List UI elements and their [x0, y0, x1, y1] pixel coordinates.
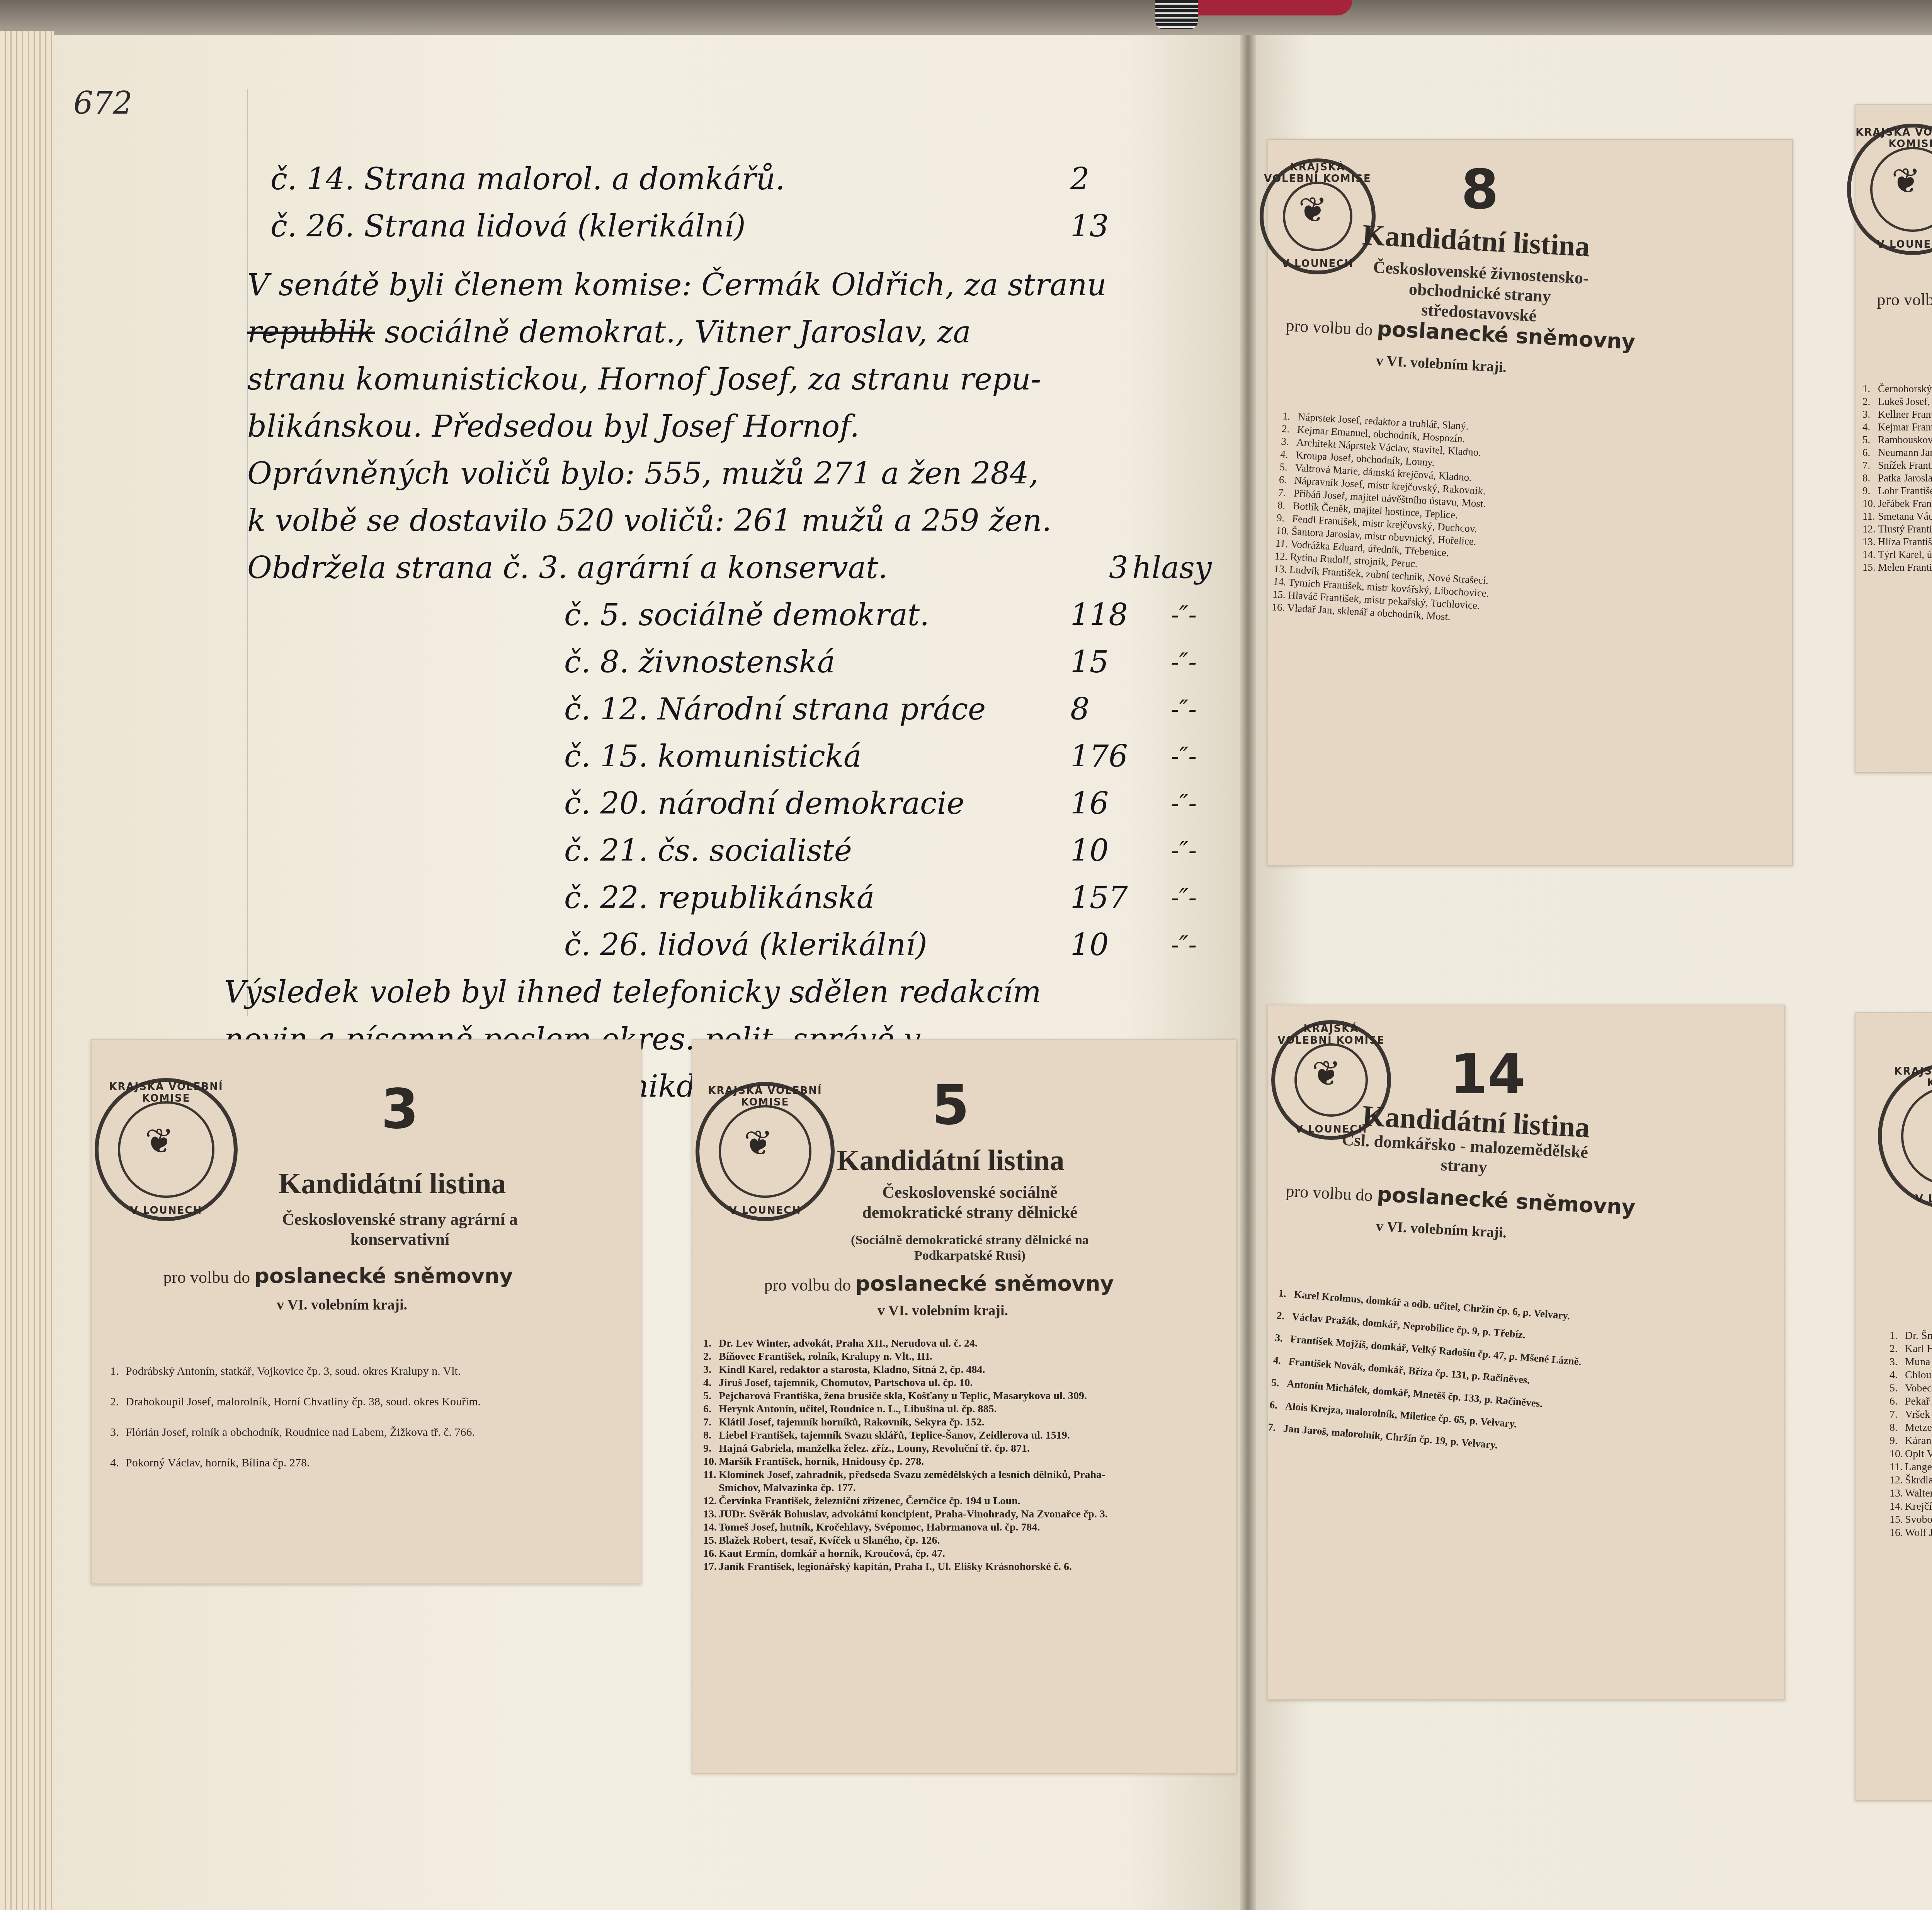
purpose-line: pro volbu do poslanecké sněmovny — [1855, 286, 1932, 310]
candidate-list-14: KRAJSKÁ VOLEBNÍ KOMISE ❦ V LOUNECH 14 Ka… — [1267, 1005, 1785, 1700]
voters-line: k volbě se dostavilo 520 voličů: 261 muž… — [247, 496, 1244, 543]
result-row: Obdržela strana č. 3. agrární a konserva… — [247, 543, 1244, 590]
region-line: v VI. volebním kraji. — [1344, 1216, 1538, 1243]
candidate-list-12: KRAJSKÁ VOLEBNÍ KOMISE ❦ V LOUNECH 12 Ka… — [1855, 104, 1932, 773]
candidate: 6.Pekař Antonín, železniční zřízenec, Kr… — [1889, 1395, 1932, 1408]
region-line: v VI. volebním kraji. — [207, 1296, 477, 1313]
candidate-list: 1.Karel Krolmus, domkář a odb. učitel, C… — [1267, 1287, 1626, 1470]
list-number: 8 — [1441, 158, 1519, 221]
candidate: 1.Dr. Lev Winter, advokát, Praha XII., N… — [703, 1337, 1113, 1350]
election-commission-stamp: KRAJSKÁ VOLEBNÍ KOMISE ❦ V LOUNECH — [1878, 1063, 1932, 1209]
candidate: 2.Lukeš Josef, odb. učitel, Kladno čp. 1… — [1862, 395, 1932, 408]
candidate: 4.Chlouba František, redaktor, Černčice … — [1889, 1369, 1932, 1382]
candidate-list: 1.Náprstek Josef, redaktor a truhlář, Sl… — [1272, 410, 1630, 633]
candidate: 8.Metzel Jaroslav, zámečník, Horní Ves u… — [1889, 1421, 1932, 1434]
commission-line: stranu komunistickou, Hornof Josef, za s… — [247, 355, 1244, 402]
candidate: 15.Svoboda Josef, dělník, Slaný, Šultyso… — [1889, 1513, 1932, 1526]
region-line: v VI. volebním kraji. — [827, 1302, 1059, 1319]
candidate: 10.Oplt Václav, zřízenec konsum. družstv… — [1889, 1447, 1932, 1461]
region-line: v VI. volebním kraji. — [1344, 350, 1538, 378]
candidate: 11.Klomínek Josef, zahradník, předseda S… — [703, 1468, 1113, 1495]
candidate-list-15: KRAJSKÁ VOLEBNÍ KOMISE ❦ V LOUNECH 15 Ka… — [1855, 1012, 1932, 1801]
result-row: č. 20. národní demokracie 16 -″- — [247, 779, 1244, 826]
candidate: 10.Jeřábek František, disponent, Roudnic… — [1862, 497, 1932, 510]
candidate-list-5: KRAJSKÁ VOLEBNÍ KOMISE ❦ V LOUNECH 5 Kan… — [692, 1039, 1236, 1774]
party-name: Československé sociálně demokratické str… — [831, 1182, 1109, 1223]
candidate: 11.Langer Josef, Metallarbeiter, Komotau… — [1889, 1461, 1932, 1474]
candidate: 3.Kellner František, přednosta stát. dra… — [1862, 408, 1932, 421]
result-row: č. 26. lidová (klerikální) 10 -″- — [247, 920, 1244, 968]
candidate: 1.Podrábský Antonín, statkář, Vojkovice … — [110, 1364, 516, 1378]
candidate: 8.Liebel František, tajemník Svazu sklář… — [703, 1429, 1113, 1442]
result-row: č. 22. republikánská 157 -″- — [247, 873, 1244, 920]
candidate: 17.Janík František, legionářský kapitán,… — [703, 1560, 1113, 1573]
tally-votes: 13 — [1070, 202, 1109, 251]
stamp-emblem-icon: ❦ — [145, 1124, 174, 1159]
candidate: 2.Karl Haiplick, Glasarbeiter, Kosten, S… — [1889, 1342, 1932, 1356]
candidate-list: 1.Dr. Lev Winter, advokát, Praha XII., N… — [703, 1337, 1113, 1573]
candidate: 6.Neumann Jaromír, úředník, Kladno čp. 1… — [1862, 446, 1932, 459]
candidate: 9.Lohr František, úředník, Kladno čp. 19… — [1862, 485, 1932, 497]
result-row: č. 21. čs. socialisté 10 -″- — [247, 826, 1244, 873]
result-row: č. 8. živnostenská 15 -″- — [247, 638, 1244, 685]
handwritten-chronicle: č. 14. Strana malorol. a domkářů. 2 č. 2… — [247, 155, 1244, 1109]
tally-line: č. 26. Strana lidová (klerikální) 13 — [247, 202, 1244, 249]
commission-line: V senátě byli členem komise: Čermák Oldř… — [247, 260, 1244, 308]
candidate: 12.Tlustý František, úředník, Osek u Duc… — [1862, 523, 1932, 536]
candidate: 1.Černohorský Oldřich, úředník, Kladno č… — [1862, 383, 1932, 395]
result-row: č. 15. komunistická 176 -″- — [247, 732, 1244, 779]
candidate: 15.Melen František, úředník, Tuchlovice … — [1862, 561, 1932, 574]
candidate: 4.Jiruš Josef, tajemník, Chomutov, Parts… — [703, 1376, 1113, 1390]
candidate: 13.Walter Franz, Eisendreher, Wistritz b… — [1889, 1487, 1932, 1500]
result-row: č. 5. sociálně demokrat. 118 -″- — [247, 590, 1244, 638]
list-number: 5 — [873, 1074, 1028, 1137]
candidate: 14.Tomeš Josef, hutník, Kročehlavy, Svép… — [703, 1521, 1113, 1534]
candidate: 12.Škrdlantová Marie, žena horníka, Klad… — [1889, 1474, 1932, 1487]
candidate-list: 1.Černohorský Oldřich, úředník, Kladno č… — [1862, 383, 1932, 574]
candidate-list-3: KRAJSKÁ VOLEBNÍ KOMISE ❦ V LOUNECH 3 Kan… — [91, 1039, 641, 1584]
voters-line: Oprávněných voličů bylo: 555, mužů 271 a… — [247, 449, 1244, 496]
struck-word: republik — [247, 315, 375, 350]
candidate: 9.Hajná Gabriela, manželka želez. zříz.,… — [703, 1442, 1113, 1455]
candidate: 5.Vobecká Marie, žena truhlářského dělní… — [1889, 1382, 1932, 1395]
candidate: 7.Snížek František, soudní oficiál, Slan… — [1862, 459, 1932, 472]
candidate: 3.Flórián Josef, rolník a obchodník, Rou… — [110, 1425, 516, 1439]
candidate: 12.Červinka František, železniční zřízen… — [703, 1495, 1113, 1508]
commission-line: blikánskou. Předsedou byl Josef Hornof. — [247, 402, 1244, 449]
list-title: Kandidátní listina — [238, 1167, 547, 1201]
candidate: 4.Kejmar František, úředník, Křemýž čp. … — [1862, 421, 1932, 434]
party-name: Československé strany agrární a konserva… — [245, 1209, 554, 1250]
election-commission-stamp: KRAJSKÁ VOLEBNÍ KOMISE ❦ V LOUNECH — [95, 1078, 238, 1221]
candidate: 16.Wolf Josef, Heizer, Wisterschan No. 8… — [1889, 1526, 1932, 1539]
commission-line: republik sociálně demokrat., Vitner Jaro… — [247, 308, 1244, 355]
candidate: 2.Bíňovec František, rolník, Kralupy n. … — [703, 1350, 1113, 1363]
candidate: 11.Smetana Václav, strojdozorce, Kladno,… — [1862, 510, 1932, 523]
candidate: 7.Klátil Josef, tajemník horníků, Rakovn… — [703, 1416, 1113, 1429]
stamp-emblem-icon: ❦ — [1312, 1057, 1341, 1092]
tally-line: č. 14. Strana malorol. a domkářů. 2 — [247, 155, 1244, 202]
candidate: 10.Maršík František, horník, Hnidousy čp… — [703, 1455, 1113, 1468]
closing-line: Výsledek voleb byl ihned telefonicky sdě… — [224, 968, 1244, 1015]
candidate: 14.Týrl Karel, úředník, Kralupy n. Vlt. — [1862, 548, 1932, 561]
list-number: 14 — [1430, 1043, 1546, 1106]
candidate-list-8: KRAJSKÁ VOLEBNÍ KOMISE ❦ V LOUNECH 8 Kan… — [1267, 139, 1793, 866]
candidate: 4.Pokorný Václav, horník, Bílina čp. 278… — [110, 1456, 516, 1470]
candidate: 5.Rambousková Marie, odb. učitelka, Klad… — [1862, 434, 1932, 446]
purpose-line: pro volbu do poslanecké sněmovny — [1878, 1264, 1932, 1288]
stamp-emblem-icon: ❦ — [744, 1126, 773, 1161]
candidate: 8.Patka Jaroslav, učitel a spisovatel, K… — [1862, 472, 1932, 485]
candidate: 16.Kaut Ermín, domkář a horník, Kroučová… — [703, 1547, 1113, 1560]
page-edges-left — [0, 31, 54, 1910]
candidate: 13.Hlíza František, závodní dolu Lubná u… — [1862, 536, 1932, 548]
candidate: 3.Muna Alois, redaktor, Kladno, Marxova … — [1889, 1356, 1932, 1369]
candidate-list: 1.Dr. Šmeral Bohumír, redaktor, Praha, V… — [1889, 1329, 1932, 1539]
results-intro: Obdržela strana — [247, 551, 493, 585]
candidate: 2.Drahokoupil Josef, malorolník, Horní C… — [110, 1395, 516, 1409]
party-subname: (Sociálně demokratické strany dělnické n… — [846, 1233, 1094, 1264]
candidate: 13.JUDr. Svěrák Bohuslav, advokátní konc… — [703, 1508, 1113, 1521]
tally-votes: 2 — [1070, 155, 1090, 204]
stamp-emblem-icon: ❦ — [1930, 1113, 1932, 1148]
list-number: 3 — [323, 1078, 477, 1141]
bookmark-ribbon-striped — [1155, 0, 1198, 29]
page-number-left: 672 — [73, 85, 133, 121]
candidate: 1.Dr. Šmeral Bohumír, redaktor, Praha, V… — [1889, 1329, 1932, 1342]
purpose-line: pro volbu do poslanecké sněmovny — [126, 1264, 551, 1288]
candidate-list: 1.Podrábský Antonín, statkář, Vojkovice … — [110, 1364, 516, 1486]
list-title: Kandidátní listina — [796, 1144, 1105, 1177]
candidate: 3.Kindl Karel, redaktor a starosta, Klad… — [703, 1363, 1113, 1376]
stamp-emblem-icon: ❦ — [1891, 164, 1920, 199]
candidate: 5.Pejcharová Františka, žena brusiče skl… — [703, 1390, 1113, 1403]
candidate: 7.Vršek Eduard, domkář a tovární dělník,… — [1889, 1408, 1932, 1421]
purpose-line: pro volbu do poslanecké sněmovny — [707, 1271, 1171, 1296]
list-title: Kandidátní listina — [1897, 220, 1932, 254]
candidate: 6.Herynk Antonín, učitel, Roudnice n. L.… — [703, 1403, 1113, 1416]
candidate: 9.Káranský František, strojník v železár… — [1889, 1434, 1932, 1447]
candidate: 14.Krejčí Martin, domkář, Rakovník, Záti… — [1889, 1500, 1932, 1513]
result-row: č. 12. Národní strana práce 8 -″- — [247, 685, 1244, 732]
candidate: 15.Blažek Robert, tesař, Kvíček u Slanéh… — [703, 1534, 1113, 1547]
bookmark-ribbon-red — [1198, 0, 1352, 15]
